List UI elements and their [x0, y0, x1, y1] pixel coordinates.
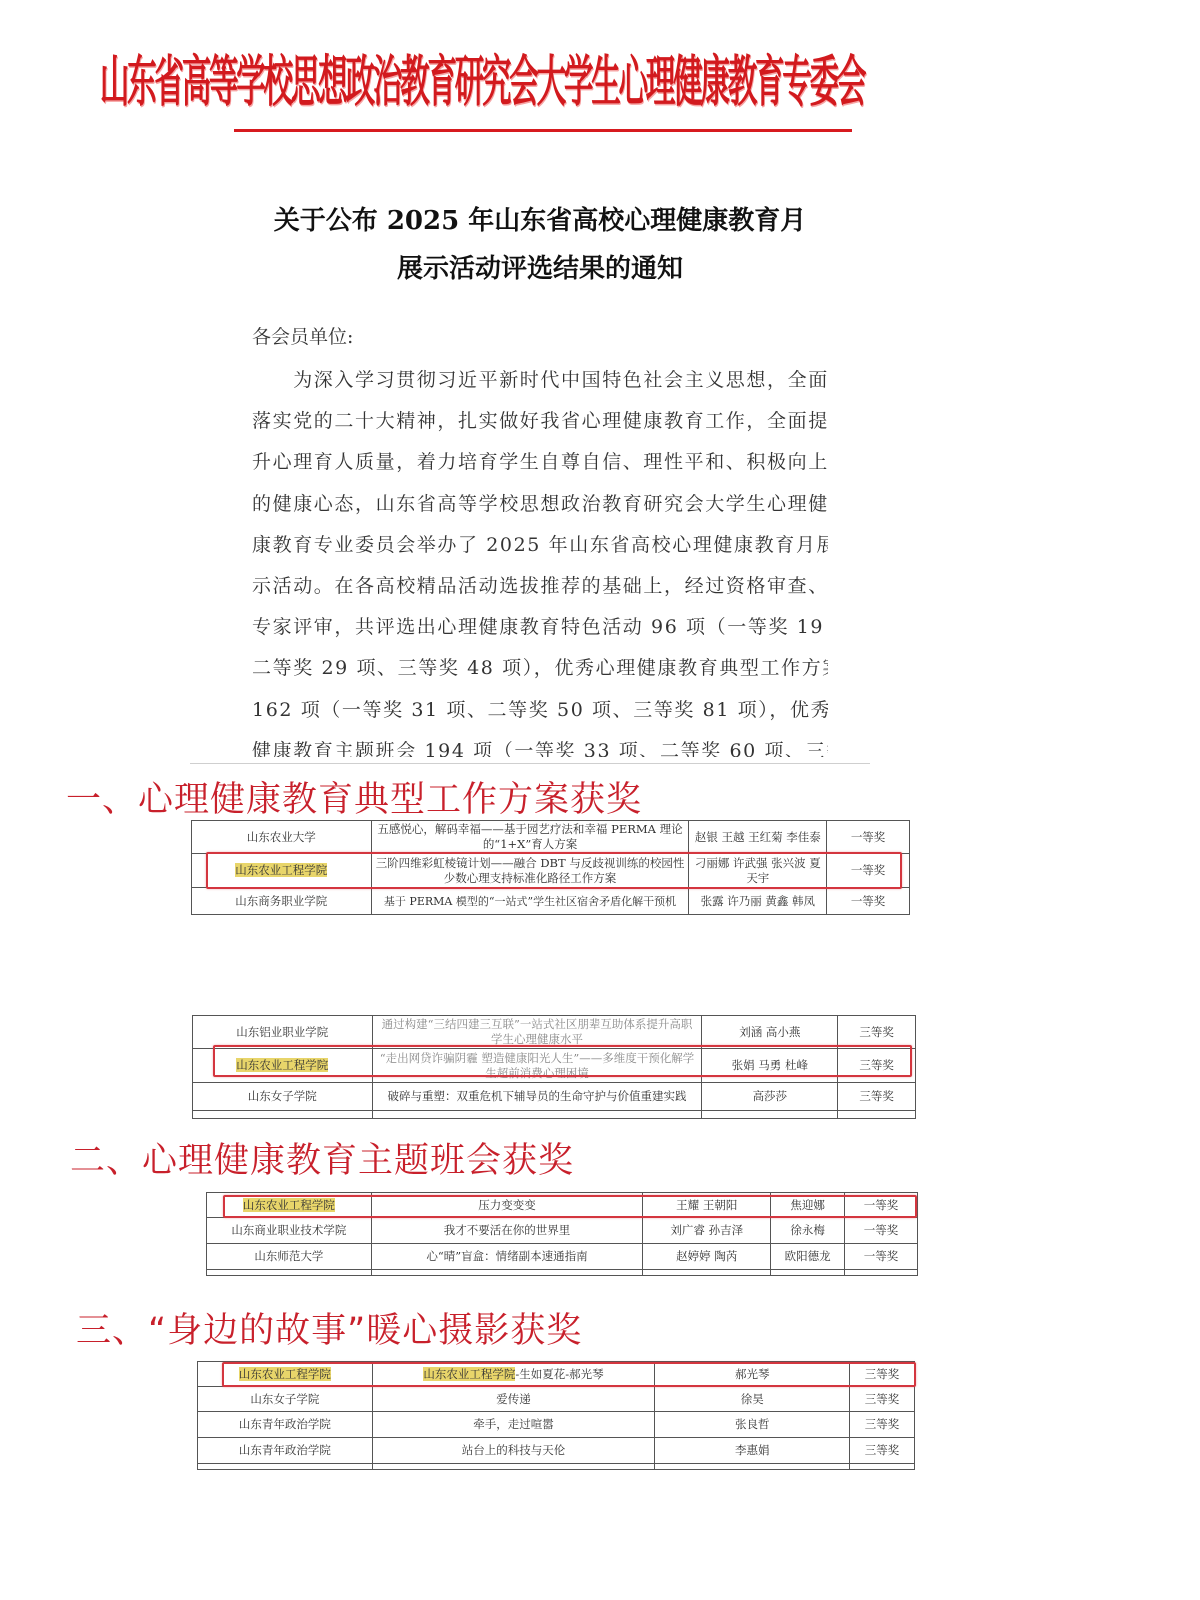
title-cell: 通过构建“三结四建三互联”一站式社区朋辈互助体系提升高职学生心理健康水平: [372, 1016, 702, 1049]
members-cell: 刘广睿 孙吉泽: [643, 1218, 771, 1244]
section-heading-theme-class-meetings: 二、心理健康教育主题班会获奖: [70, 1133, 574, 1183]
table-row-cropped: [193, 1111, 916, 1119]
document-title-line2: 展示活动评选结果的通知: [240, 248, 840, 285]
body-line: 康教育专业委员会举办了 2025 年山东省高校心理健康教育月展: [252, 525, 828, 566]
title-cell: 五感悦心，解码幸福——基于园艺疗法和幸福 PERMA 理论的“1+X”育人方案: [371, 821, 689, 854]
section-heading-photography: 三、“身边的故事”暖心摄影获奖: [76, 1303, 582, 1353]
letterhead-divider: [234, 129, 852, 132]
document-title-line1: 关于公布 2025 年山东省高校心理健康教育月: [240, 200, 840, 237]
table-row: 山东青年政治学院 站台上的科技与天伦 李惠娟 三等奖: [198, 1438, 915, 1464]
author-cell: 张良哲: [655, 1412, 850, 1438]
body-line: 健康教育主题班会 194 项（一等奖 33 项、二等奖 60 项、三等奖: [252, 731, 828, 757]
award-cell: 三等奖: [838, 1016, 916, 1049]
highlight-box: [222, 1362, 916, 1387]
members-cell: 赵银 王越 王红菊 李佳泰: [689, 821, 827, 854]
title-cell: 心“晴”盲盒：情绪副本速通指南: [371, 1244, 643, 1270]
title-cell: 站台上的科技与天伦: [372, 1438, 655, 1464]
body-line: 升心理育人质量，着力培育学生自尊自信、理性平和、积极向上: [252, 442, 828, 483]
author-cell: 李惠娟: [655, 1438, 850, 1464]
award-cell: 三等奖: [850, 1387, 915, 1412]
highlight-box: [206, 852, 902, 889]
highlight-box: [213, 1045, 912, 1077]
school-cell: 山东商务职业学院: [192, 888, 372, 915]
table-row: 山东女子学院 破碎与重塑：双重危机下辅导员的生命守护与价值重建实践 高莎莎 三等…: [193, 1083, 916, 1111]
title-cell: 爱传递: [372, 1387, 655, 1412]
award-cell: 三等奖: [850, 1438, 915, 1464]
body-line: 的健康心态，山东省高等学校思想政治教育研究会大学生心理健: [252, 484, 828, 525]
table-row-cropped: [198, 1464, 915, 1470]
school-cell: 山东女子学院: [193, 1083, 373, 1111]
advisor-cell: 徐永梅: [771, 1218, 845, 1244]
table-row: 山东青年政治学院 牵手，走过喧嚣 张良哲 三等奖: [198, 1412, 915, 1438]
advisor-cell: 欧阳德龙: [771, 1244, 845, 1270]
highlight-box: [223, 1195, 917, 1218]
table-row: 山东铝业职业学院 通过构建“三结四建三互联”一站式社区朋辈互助体系提升高职学生心…: [193, 1016, 916, 1049]
members-cell: 赵婷婷 陶芮: [643, 1244, 771, 1270]
school-cell: 山东青年政治学院: [198, 1412, 373, 1438]
school-cell: 山东农业大学: [192, 821, 372, 854]
school-cell: 山东商业职业技术学院: [207, 1218, 372, 1244]
table-row-cropped: [207, 1270, 918, 1276]
body-line: 专家评审，共评选出心理健康教育特色活动 96 项（一等奖 19 项、: [252, 607, 828, 648]
author-cell: 徐昊: [655, 1387, 850, 1412]
members-cell: 高莎莎: [702, 1083, 838, 1111]
title-cell: 破碎与重塑：双重危机下辅导员的生命守护与价值重建实践: [372, 1083, 702, 1111]
crop-divider: [190, 763, 870, 764]
school-cell: 山东铝业职业学院: [193, 1016, 373, 1049]
table-row: 山东商业职业技术学院 我才不要活在你的世界里 刘广睿 孙吉泽 徐永梅 一等奖: [207, 1218, 918, 1244]
body-line: 162 项（一等奖 31 项、二等奖 50 项、三等奖 81 项），优秀心理: [252, 690, 828, 731]
letterhead-org-name: 山东省高等学校思想政治教育研究会大学生心理健康教育专委会: [248, 18, 716, 134]
members-cell: 张露 许乃丽 黄鑫 韩凤: [689, 888, 827, 915]
table-row: 山东农业大学 五感悦心，解码幸福——基于园艺疗法和幸福 PERMA 理论的“1+…: [192, 821, 910, 854]
table-row: 山东女子学院 爱传递 徐昊 三等奖: [198, 1387, 915, 1412]
members-cell: 刘涵 高小燕: [702, 1016, 838, 1049]
table-row: 山东商务职业学院 基于 PERMA 模型的“一站式”学生社区宿舍矛盾化解干预机 …: [192, 888, 910, 915]
award-cell: 一等奖: [827, 888, 910, 915]
section-heading-work-plans: 一、心理健康教育典型工作方案获奖: [66, 772, 642, 822]
body-line: 二等奖 29 项、三等奖 48 项），优秀心理健康教育典型工作方案: [252, 648, 828, 689]
title-cell: 牵手，走过喧嚣: [372, 1412, 655, 1438]
document-body: 为深入学习贯彻习近平新时代中国特色社会主义思想，全面 落实党的二十大精神，扎实做…: [252, 360, 828, 757]
title-cell: 我才不要活在你的世界里: [371, 1218, 643, 1244]
award-cell: 一等奖: [827, 821, 910, 854]
award-cell: 三等奖: [850, 1412, 915, 1438]
title-cell: 基于 PERMA 模型的“一站式”学生社区宿舍矛盾化解干预机: [371, 888, 689, 915]
school-cell: 山东师范大学: [207, 1244, 372, 1270]
school-cell: 山东青年政治学院: [198, 1438, 373, 1464]
award-cell: 一等奖: [845, 1244, 918, 1270]
school-cell: 山东女子学院: [198, 1387, 373, 1412]
table-row: 山东师范大学 心“晴”盲盒：情绪副本速通指南 赵婷婷 陶芮 欧阳德龙 一等奖: [207, 1244, 918, 1270]
body-line: 示活动。在各高校精品活动选拔推荐的基础上，经过资格审查、: [252, 566, 828, 607]
body-line: 落实党的二十大精神，扎实做好我省心理健康教育工作，全面提: [252, 401, 828, 442]
salutation: 各会员单位:: [252, 322, 353, 349]
award-cell: 三等奖: [838, 1083, 916, 1111]
award-cell: 一等奖: [845, 1218, 918, 1244]
body-line: 为深入学习贯彻习近平新时代中国特色社会主义思想，全面: [252, 360, 828, 401]
